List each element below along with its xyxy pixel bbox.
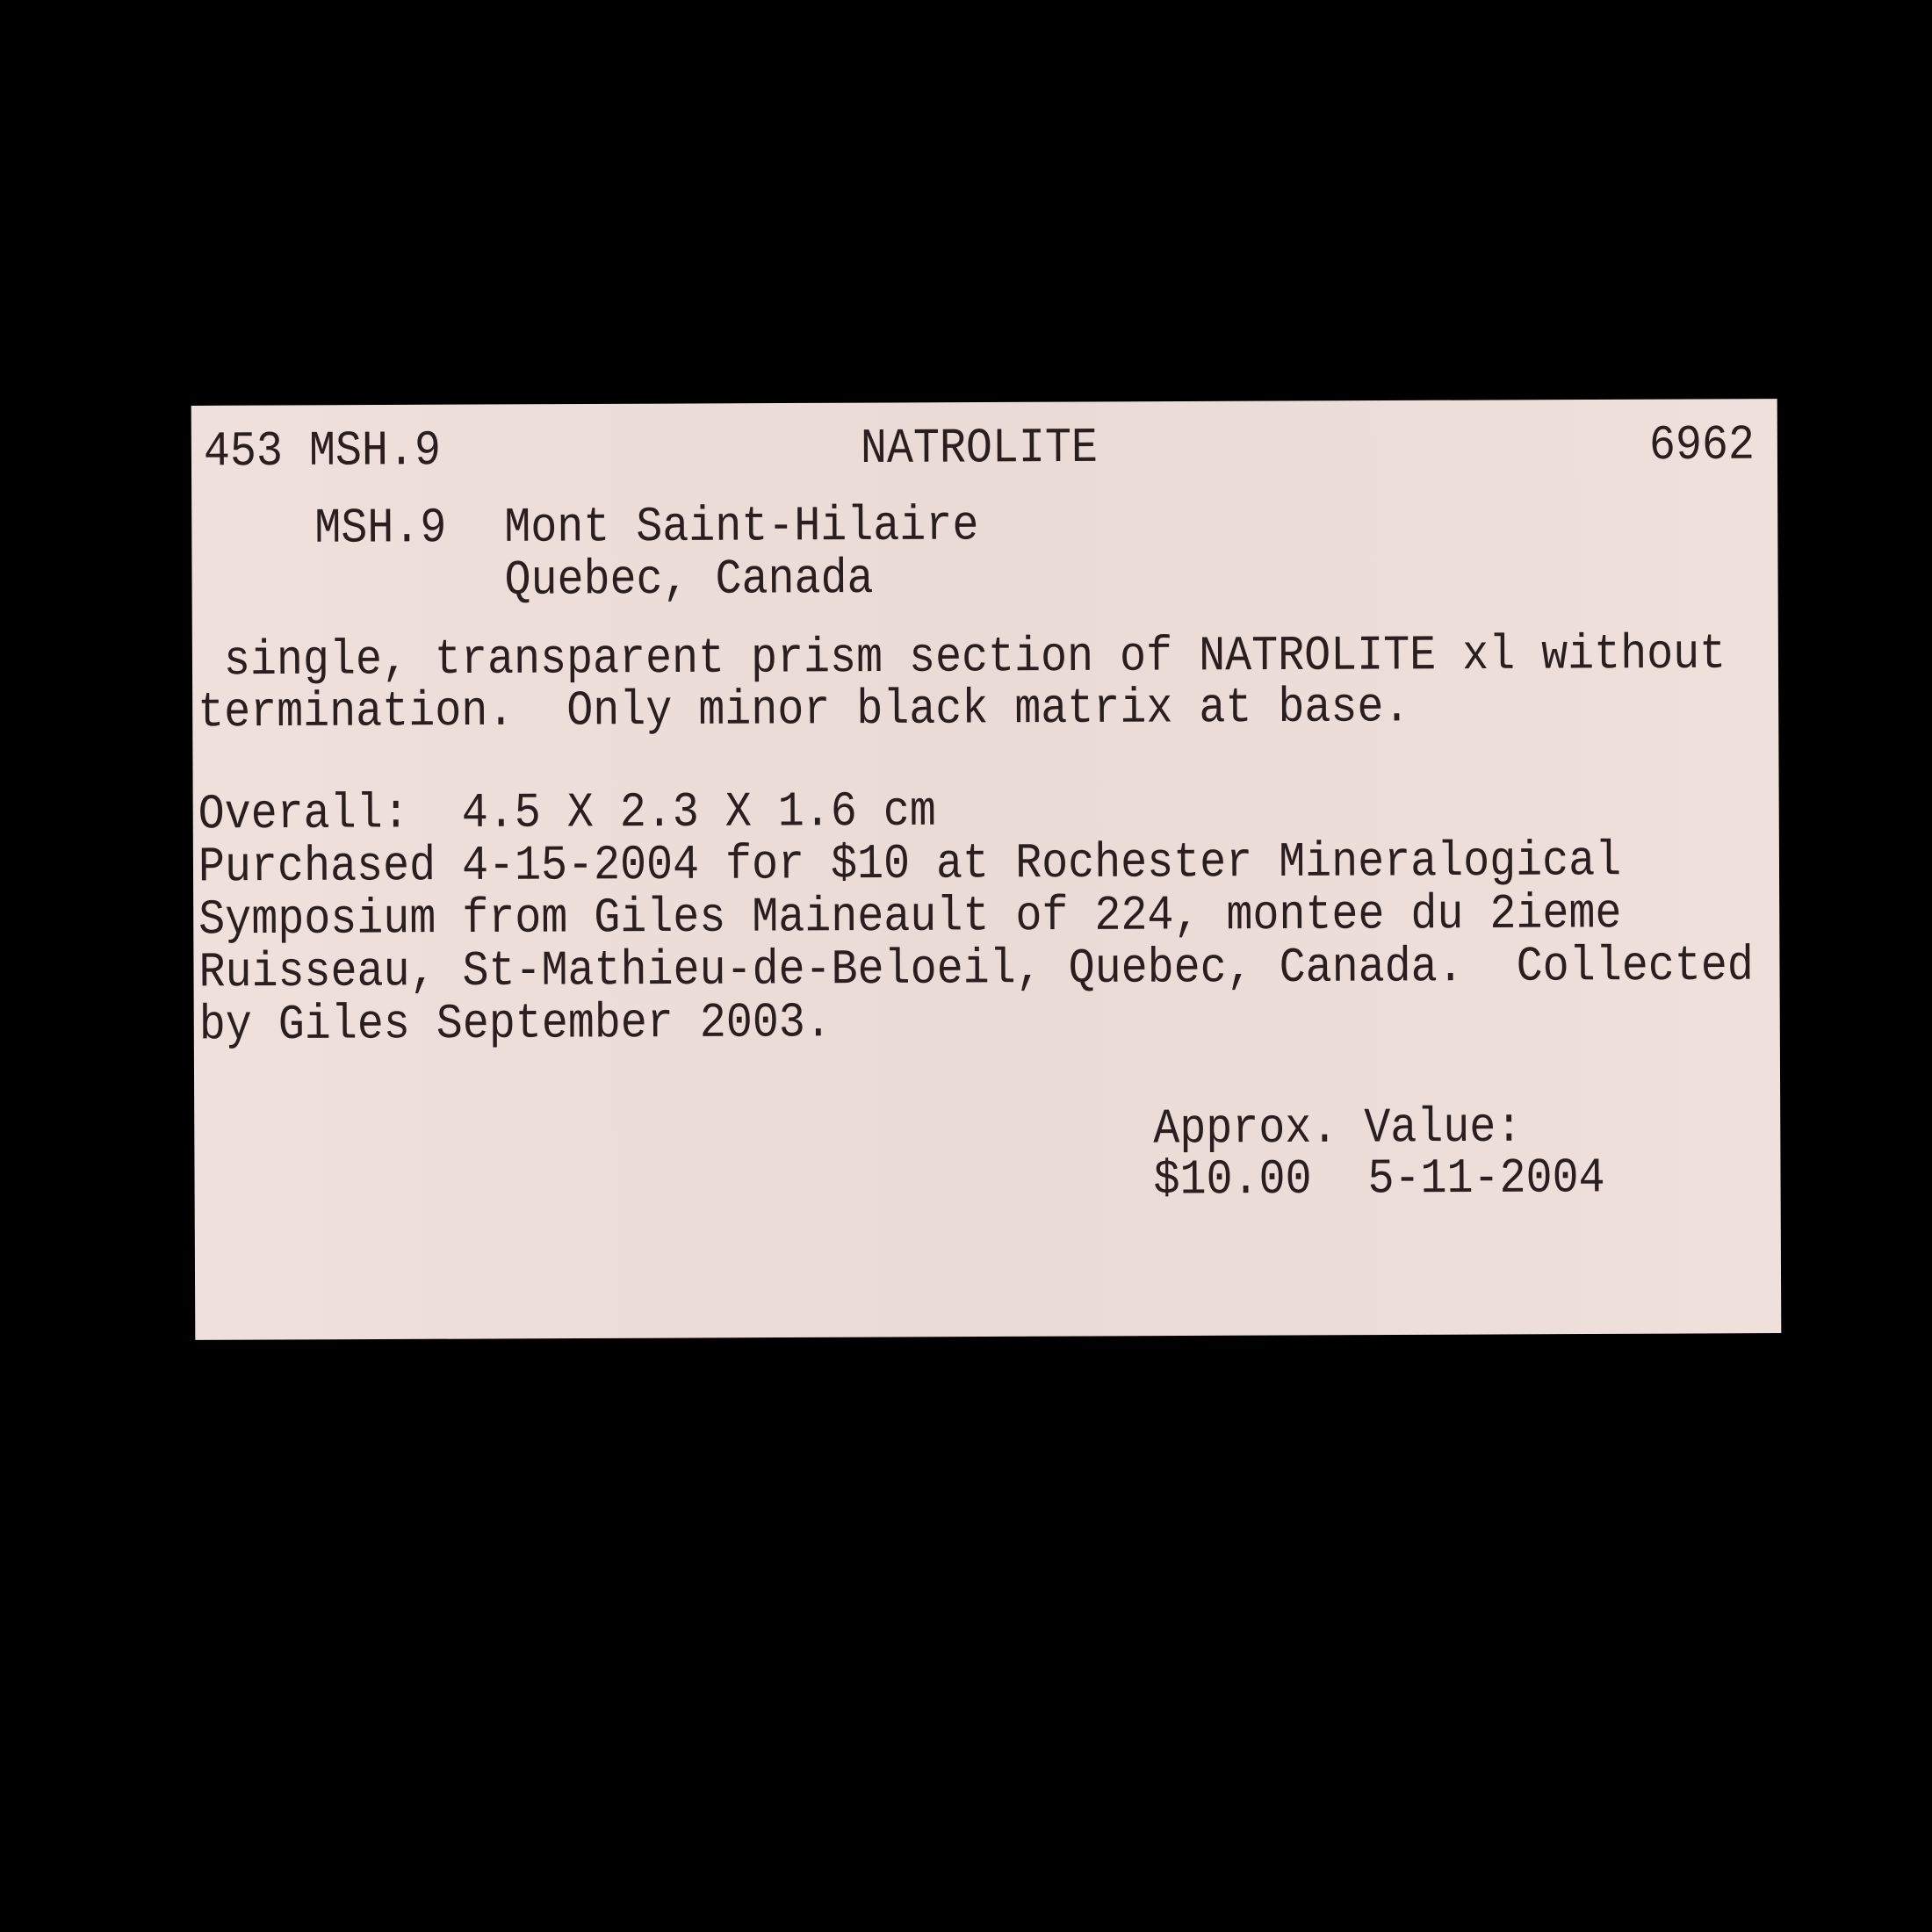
catalog-ref: 453 MSH.9 xyxy=(204,422,441,482)
details-line: Ruisseau, St-Mathieu-de-Beloeil, Quebec,… xyxy=(198,938,1754,1004)
description-line: termination. Only minor black matrix at … xyxy=(198,679,1410,743)
specimen-label-card: 453 MSH.9 NATROLITE 6962 MSH.9 Mont Sain… xyxy=(191,399,1782,1340)
specimen-number: 6962 xyxy=(1649,417,1755,477)
locality-line1: Mont Saint-Hilaire xyxy=(504,497,978,559)
approx-value-amount: $10.00 xyxy=(1153,1151,1311,1211)
mineral-name: NATROLITE xyxy=(861,420,1098,479)
details-line: by Giles September 2003. xyxy=(199,994,832,1056)
approx-value-date: 5-11-2004 xyxy=(1367,1150,1604,1209)
locality-line2: Quebec, Canada xyxy=(504,551,873,611)
locality-code: MSH.9 xyxy=(314,500,446,559)
